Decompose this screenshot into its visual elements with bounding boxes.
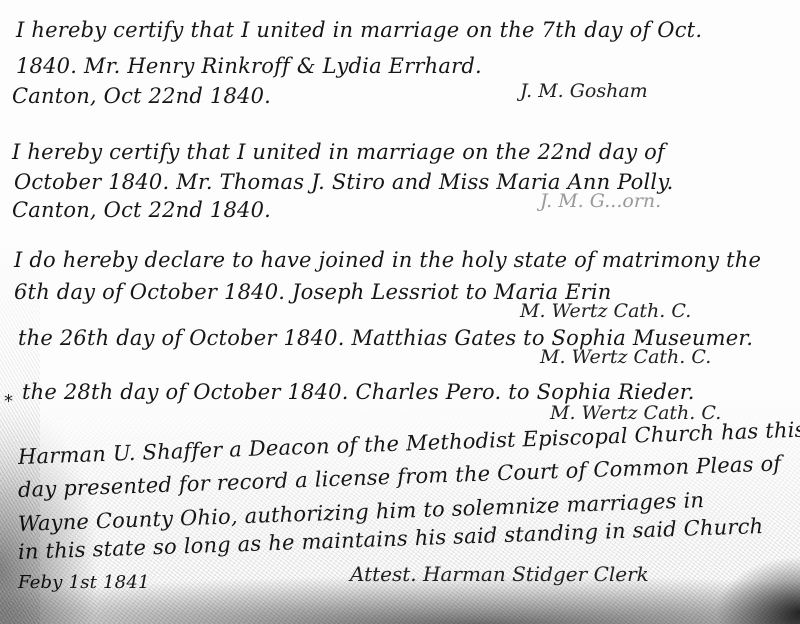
entry-1-line-2: 1840. Mr. Henry Rinkroff & Lydia Errhard… xyxy=(16,54,482,78)
entry-1-line-1: I hereby certify that I united in marria… xyxy=(16,18,702,42)
scanned-register-page: I hereby certify that I united in marria… xyxy=(0,0,800,624)
entry-2-signature: J. M. G...orn. xyxy=(540,190,661,212)
entry-5-line-1: the 28th day of October 1840. Charles Pe… xyxy=(22,380,695,404)
entry-1-line-3: Canton, Oct 22nd 1840. xyxy=(12,84,271,108)
entry-6-date: Feby 1st 1841 xyxy=(18,572,150,593)
entry-1-signature: J. M. Gosham xyxy=(520,80,648,102)
entry-6-signature: Attest. Harman Stidger Clerk xyxy=(350,562,649,586)
entry-3-line-1: I do hereby declare to have joined in th… xyxy=(14,248,761,272)
entry-4-signature: M. Wertz Cath. C. xyxy=(540,346,711,368)
entry-2-line-1: I hereby certify that I united in marria… xyxy=(12,140,665,164)
entry-3-signature: M. Wertz Cath. C. xyxy=(520,300,691,322)
entry-2-line-3: Canton, Oct 22nd 1840. xyxy=(12,198,271,222)
asterisk-marker: * xyxy=(4,391,13,412)
